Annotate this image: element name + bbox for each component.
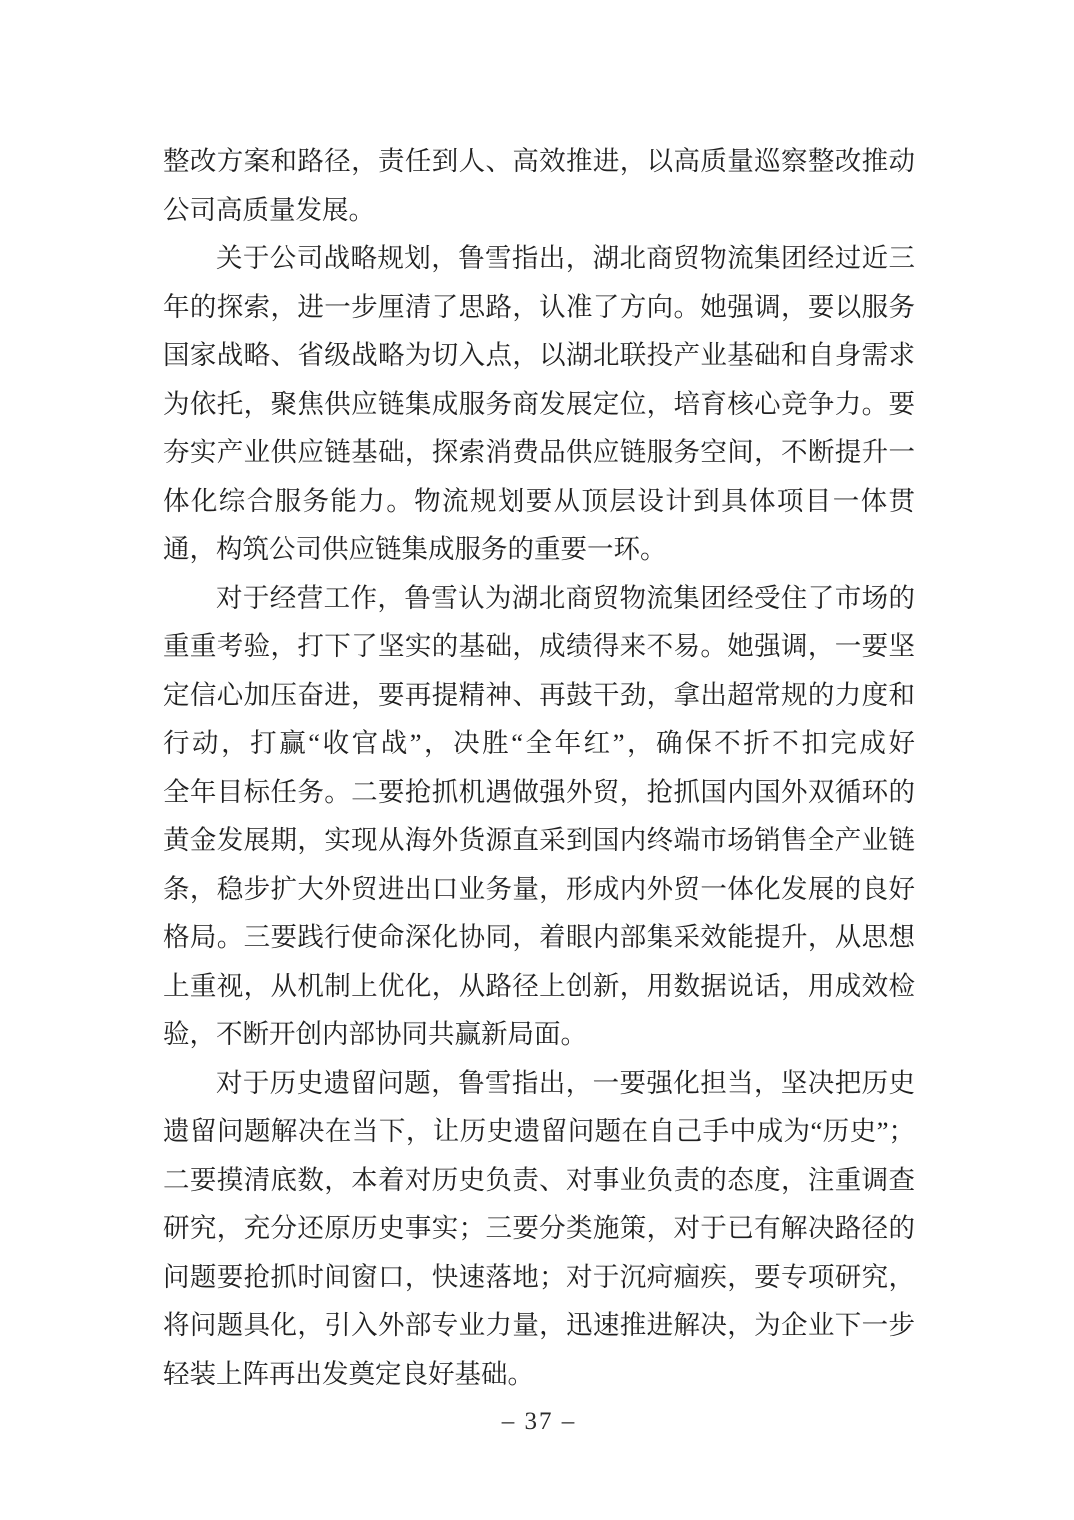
text-line: 行动，打赢“收官战”，决胜“全年红”，确保不折不扣完成好 <box>163 719 915 768</box>
text-line: 轻装上阵再出发奠定良好基础。 <box>163 1350 915 1399</box>
text-line: 验，不断开创内部协同共赢新局面。 <box>163 1010 915 1059</box>
text-line: 研究，充分还原历史事实；三要分类施策，对于已有解决路径的 <box>163 1204 915 1253</box>
text-line: 重重考验，打下了坚实的基础，成绩得来不易。她强调，一要坚 <box>163 622 915 671</box>
text-line: 格局。三要践行使命深化协同，着眼内部集采效能提升，从思想 <box>163 913 915 962</box>
text-line: 全年目标任务。二要抢抓机遇做强外贸，抢抓国内国外双循环的 <box>163 768 915 817</box>
paragraph: 对于经营工作，鲁雪认为湖北商贸物流集团经受住了市场的 重重考验，打下了坚实的基础… <box>163 574 915 1059</box>
document-body: 整改方案和路径，责任到人、高效推进，以高质量巡察整改推动 公司高质量发展。 关于… <box>163 137 915 1398</box>
paragraph: 整改方案和路径，责任到人、高效推进，以高质量巡察整改推动 公司高质量发展。 <box>163 137 915 234</box>
text-line: 国家战略、省级战略为切入点，以湖北联投产业基础和自身需求 <box>163 331 915 380</box>
document-page: 整改方案和路径，责任到人、高效推进，以高质量巡察整改推动 公司高质量发展。 关于… <box>0 0 1074 1520</box>
text-line: 上重视，从机制上优化，从路径上创新，用数据说话，用成效检 <box>163 962 915 1011</box>
text-line: 年的探索，进一步厘清了思路，认准了方向。她强调，要以服务 <box>163 283 915 332</box>
text-line: 问题要抢抓时间窗口，快速落地；对于沉疴痼疾，要专项研究， <box>163 1253 915 1302</box>
text-line: 为依托，聚焦供应链集成服务商发展定位，培育核心竞争力。要 <box>163 380 915 429</box>
text-line: 定信心加压奋进，要再提精神、再鼓干劲，拿出超常规的力度和 <box>163 671 915 720</box>
text-line: 将问题具化，引入外部专业力量，迅速推进解决，为企业下一步 <box>163 1301 915 1350</box>
text-line: 体化综合服务能力。物流规划要从顶层设计到具体项目一体贯 <box>163 477 915 526</box>
text-line: 黄金发展期，实现从海外货源直采到国内终端市场销售全产业链 <box>163 816 915 865</box>
text-line: 条，稳步扩大外贸进出口业务量，形成内外贸一体化发展的良好 <box>163 865 915 914</box>
text-line: 二要摸清底数，本着对历史负责、对事业负责的态度，注重调查 <box>163 1156 915 1205</box>
page-number: – 37 – <box>163 1406 915 1438</box>
text-line: 夯实产业供应链基础，探索消费品供应链服务空间，不断提升一 <box>163 428 915 477</box>
paragraph: 对于历史遗留问题，鲁雪指出，一要强化担当，坚决把历史 遗留问题解决在当下，让历史… <box>163 1059 915 1399</box>
text-line: 对于经营工作，鲁雪认为湖北商贸物流集团经受住了市场的 <box>163 574 915 623</box>
text-line: 公司高质量发展。 <box>163 186 915 235</box>
paragraph: 关于公司战略规划，鲁雪指出，湖北商贸物流集团经过近三 年的探索，进一步厘清了思路… <box>163 234 915 574</box>
text-line: 通，构筑公司供应链集成服务的重要一环。 <box>163 525 915 574</box>
text-line: 对于历史遗留问题，鲁雪指出，一要强化担当，坚决把历史 <box>163 1059 915 1108</box>
text-line: 关于公司战略规划，鲁雪指出，湖北商贸物流集团经过近三 <box>163 234 915 283</box>
text-line: 遗留问题解决在当下，让历史遗留问题在自己手中成为“历史”； <box>163 1107 915 1156</box>
text-line: 整改方案和路径，责任到人、高效推进，以高质量巡察整改推动 <box>163 137 915 186</box>
